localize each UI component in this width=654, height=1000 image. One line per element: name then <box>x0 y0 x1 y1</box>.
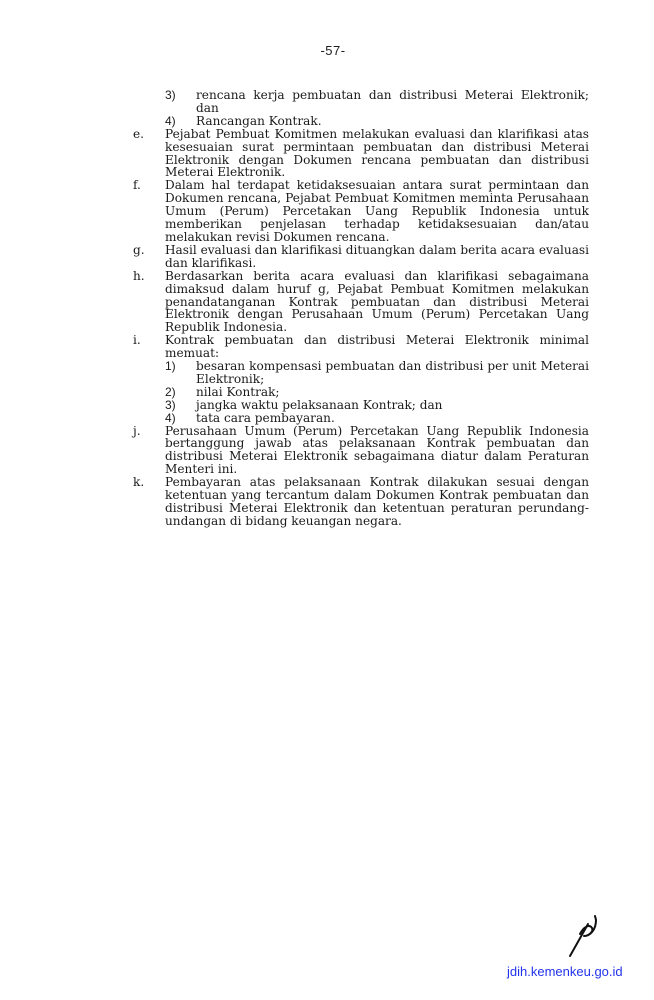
subitem-label: 3) <box>165 89 196 102</box>
subitem-label: 3) <box>165 399 196 412</box>
signature-paraf-icon <box>566 914 602 958</box>
subitem-text: rencana kerja pembuatan dan distribusi M… <box>196 89 589 115</box>
item-text: Berdasarkan berita acara evaluasi dan kl… <box>165 270 589 335</box>
item-label: e. <box>133 128 165 141</box>
list-subitem: 4) tata cara pembayaran. <box>165 412 589 425</box>
document-body: 3) rencana kerja pembuatan dan distribus… <box>133 89 589 528</box>
subitem-text: Rancangan Kontrak. <box>196 115 589 128</box>
list-subitem: 4) Rancangan Kontrak. <box>165 115 589 128</box>
jdih-footer-link[interactable]: jdih.kemenkeu.go.id <box>507 964 623 979</box>
top-subitem-list: 3) rencana kerja pembuatan dan distribus… <box>133 89 589 128</box>
item-label: h. <box>133 270 165 283</box>
item-text: Hasil evaluasi dan klarifikasi dituangka… <box>165 244 589 270</box>
subitem-text: besaran kompensasi pembuatan dan distrib… <box>196 360 589 386</box>
item-label: i. <box>133 334 165 347</box>
list-item-i: i. Kontrak pembuatan dan distribusi Mete… <box>133 334 589 424</box>
list-subitem: 1) besaran kompensasi pembuatan dan dist… <box>165 360 589 386</box>
item-label: g. <box>133 244 165 257</box>
list-item-j: j. Perusahaan Umum (Perum) Percetakan Ua… <box>133 425 589 477</box>
subitem-label: 4) <box>165 115 196 128</box>
item-text: Kontrak pembuatan dan distribusi Meterai… <box>165 334 589 360</box>
item-label: j. <box>133 425 165 438</box>
item-content: Kontrak pembuatan dan distribusi Meterai… <box>165 334 589 424</box>
list-subitem: 3) rencana kerja pembuatan dan distribus… <box>165 89 589 115</box>
subitem-text: jangka waktu pelaksanaan Kontrak; dan <box>196 399 589 412</box>
item-text: Pejabat Pembuat Komitmen melakukan evalu… <box>165 128 589 180</box>
list-subitem: 3) jangka waktu pelaksanaan Kontrak; dan <box>165 399 589 412</box>
page-number: -57- <box>0 43 654 58</box>
item-text: Perusahaan Umum (Perum) Percetakan Uang … <box>165 425 589 477</box>
list-item-k: k. Pembayaran atas pelaksanaan Kontrak d… <box>133 476 589 528</box>
item-label: k. <box>133 476 165 489</box>
subitem-label: 2) <box>165 386 196 399</box>
subitem-text: nilai Kontrak; <box>196 386 589 399</box>
subitem-label: 1) <box>165 360 196 373</box>
item-label: f. <box>133 179 165 192</box>
item-text: Pembayaran atas pelaksanaan Kontrak dila… <box>165 476 589 528</box>
list-item-h: h. Berdasarkan berita acara evaluasi dan… <box>133 270 589 335</box>
subitem-text: tata cara pembayaran. <box>196 412 589 425</box>
list-item-e: e. Pejabat Pembuat Komitmen melakukan ev… <box>133 128 589 180</box>
item-text: Dalam hal terdapat ketidaksesuaian antar… <box>165 179 589 244</box>
list-item-f: f. Dalam hal terdapat ketidaksesuaian an… <box>133 179 589 244</box>
subitem-label: 4) <box>165 412 196 425</box>
list-subitem: 2) nilai Kontrak; <box>165 386 589 399</box>
list-item-g: g. Hasil evaluasi dan klarifikasi dituan… <box>133 244 589 270</box>
